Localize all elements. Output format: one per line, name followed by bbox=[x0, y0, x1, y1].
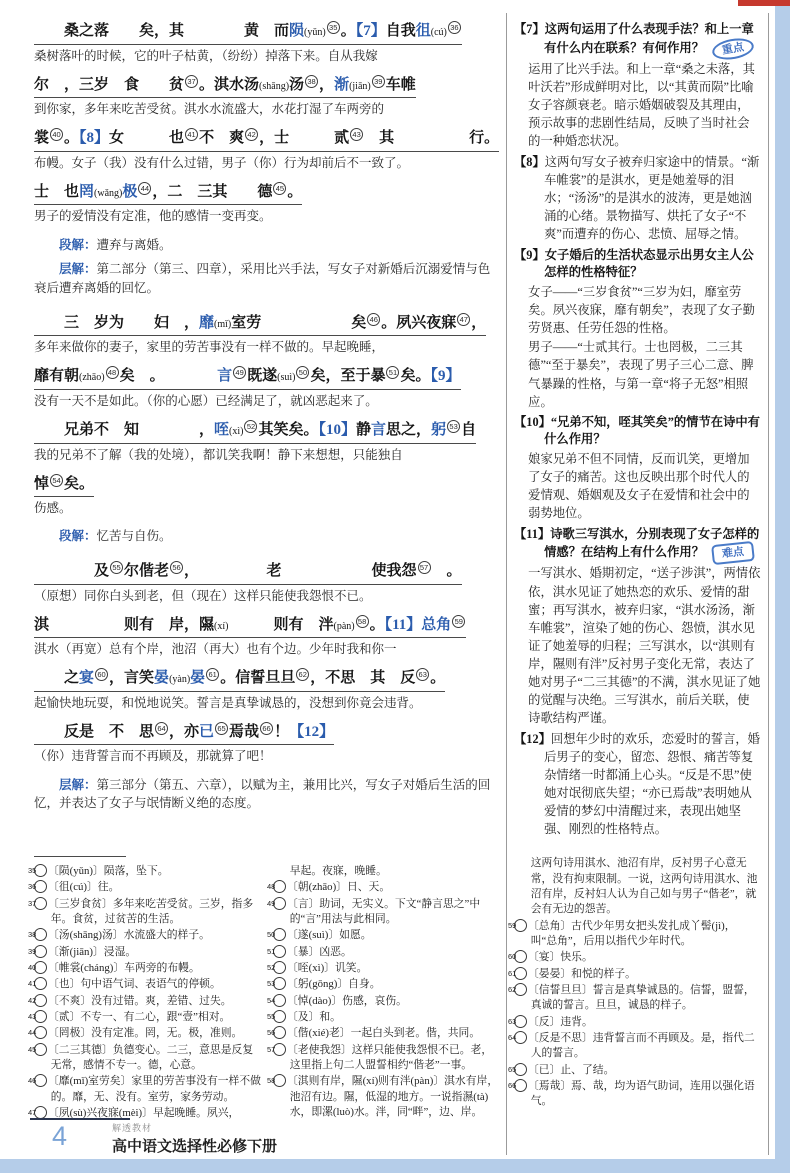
footnote-item: 63〔反〕违背。 bbox=[514, 1015, 761, 1030]
question-number: 【10】 bbox=[514, 415, 551, 429]
question-number: 【12】 bbox=[514, 732, 551, 746]
translation-line: 起愉快地玩耍，和悦地说笑。誓言是真挚诚恳的，没想到你竟会违背。 bbox=[34, 694, 500, 712]
answer-paragraph: 女子——“三岁食贫”“三岁为妇，靡室劳矣。夙兴夜寐，靡有朝矣”，表现了女子勤劳贤… bbox=[528, 283, 761, 337]
footnote-ref: 39 bbox=[372, 75, 385, 88]
footnote-ref: 63 bbox=[416, 668, 429, 681]
verse-text: 其笑矣。 bbox=[258, 422, 318, 438]
footnote-text: 〔咥(xì)〕讥笑。 bbox=[287, 962, 367, 974]
footnote-ref: 43 bbox=[350, 128, 363, 141]
verse-text: ， 老 使我怨 bbox=[184, 563, 417, 579]
footnote-text: 〔老使我怨〕这样只能使我怨恨不已。老，这里指上句二人盟誓相约“偕老”一事。 bbox=[287, 1044, 492, 1071]
annotated-word: 言 bbox=[217, 368, 232, 384]
sidebar-item: 【8】这两句写女子被弃归家途中的情景。“渐车帷裳”的是淇水，更是她羞辱的泪水；“… bbox=[514, 153, 761, 243]
footnote-text: 〔宴〕快乐。 bbox=[528, 951, 593, 963]
verse-text: 之 bbox=[34, 670, 79, 686]
footnote-ref: 48 bbox=[106, 366, 119, 379]
verse-text: 。 bbox=[432, 563, 462, 579]
footnote-ref: 44 bbox=[138, 182, 151, 195]
sidebar-answer: 女子——“三岁食贫”“三岁为妇，靡室劳矣。夙兴夜寐，靡有朝矣”，表现了女子勤劳贤… bbox=[514, 283, 761, 410]
footnote-ref: 45 bbox=[273, 182, 286, 195]
verse-line: 士 也罔(wǎng)极44，二 三其 德45。 bbox=[34, 181, 302, 206]
annotated-word: 渐 bbox=[334, 77, 349, 93]
verse-text: 室劳 矣 bbox=[231, 315, 366, 331]
verse-text: ，不思 其 反 bbox=[310, 670, 415, 686]
footnote-number: 47 bbox=[34, 1106, 47, 1119]
annotated-word: 陨 bbox=[289, 23, 304, 39]
verse-row: 裳40。【8】女 也41不 爽42，士 贰43 其 行。布幔。女子（我）没有什么… bbox=[34, 127, 500, 172]
section-note: 段解：忆苦与自伤。 bbox=[34, 527, 500, 546]
page-edge-right bbox=[775, 0, 790, 1173]
footnote-item: 41〔也〕句中语气词、表语气的停顿。 bbox=[34, 977, 261, 992]
question-ref: 【12】 bbox=[289, 724, 334, 740]
footnote-ref: 56 bbox=[170, 561, 183, 574]
annotated-word: 靡 bbox=[199, 315, 214, 331]
verse-text: ！ bbox=[274, 724, 289, 740]
translation-line: 到你家，多年来吃苦受贫。淇水水流盛大，水花打湿了车两旁的 bbox=[34, 100, 500, 118]
verse-text: 。 bbox=[370, 617, 385, 633]
footnote-number: 61 bbox=[514, 967, 527, 980]
pinyin: (xì) bbox=[229, 426, 243, 437]
verse-text: 车帷 bbox=[386, 77, 416, 93]
verse-text: 矣 。 bbox=[120, 368, 218, 384]
note-label: 段解： bbox=[59, 529, 97, 543]
footnote-item: 58〔淇则有岸，隰(xí)则有泮(pàn)〕淇水有岸，池沼有边。隰，低湿的地方。… bbox=[273, 1074, 500, 1120]
sidebar-question: 【10】“兄弟不知，咥其笑矣”的情节在诗中有什么作用？ bbox=[514, 414, 761, 450]
footnote-divider bbox=[34, 856, 126, 857]
verse-text: 自 bbox=[461, 422, 476, 438]
footnote-text: 〔三岁食贫〕多年来吃苦受贫。三岁，指多年。食贫，过贫苦的生活。 bbox=[48, 898, 253, 925]
note-body: 回想年少时的欢乐，恋爱时的誓言，婚后男子的变心，留恋、怨恨、痛苦等复杂情绪一时都… bbox=[544, 732, 760, 836]
verse-text: 三 岁为 妇 ， bbox=[34, 315, 199, 331]
footnote-number: 66 bbox=[514, 1079, 527, 1092]
verse-row: 桑之落 矣，其 黄 而陨(yǔn)35。【7】自我徂(cú)36桑树落叶的时候，… bbox=[34, 20, 500, 65]
pinyin: (mǐ) bbox=[214, 319, 231, 330]
verse-row: 及55尔偕老56， 老 使我怨57 。（原想）同你白头到老，但（现在）这样只能使… bbox=[34, 560, 500, 605]
footnote-number: 64 bbox=[514, 1031, 527, 1044]
annotated-word: 极 bbox=[122, 184, 137, 200]
footnote-item: 56〔偕(xié)老〕一起白头到老。偕，共同。 bbox=[273, 1026, 500, 1041]
translation-line: 没有一天不是如此。（你的心愿）已经满足了，就凶恶起来了。 bbox=[34, 392, 500, 410]
footnote-text: 〔悼(dào)〕伤感，哀伤。 bbox=[287, 995, 407, 1007]
verse-text: 裳 bbox=[34, 130, 49, 146]
translation-line: 男子的爱情没有定准，他的感情一变再变。 bbox=[34, 207, 500, 225]
verse-text: 静 bbox=[356, 422, 371, 438]
footnote-ref: 58 bbox=[356, 615, 369, 628]
verse-row: 悼54矣。伤感。 bbox=[34, 473, 500, 518]
section-note: 层解：第三部分（第五、六章），以赋为主，兼用比兴，写女子对婚后生活的回忆，并表达… bbox=[34, 776, 500, 814]
footnote-ref: 66 bbox=[260, 722, 273, 735]
footnote-number: 46 bbox=[34, 1074, 47, 1087]
footnote-item: 40〔帷裳(cháng)〕车两旁的布幔。 bbox=[34, 961, 261, 976]
verse-text: 尔 ，三岁 食 贫 bbox=[34, 77, 184, 93]
verse-text: 尔偕老 bbox=[124, 563, 169, 579]
footnote-ref: 49 bbox=[233, 366, 246, 379]
footnote-text: 〔躬(gōng)〕自身。 bbox=[287, 978, 381, 990]
verse-text: 既遂 bbox=[247, 368, 277, 384]
translation-line: （你）违背誓言而不再顾及，那就算了吧！ bbox=[34, 747, 500, 765]
verse-text: ，言笑 bbox=[109, 670, 154, 686]
verse-row: 之宴60，言笑晏(yàn)晏61。信誓旦旦62，不思 其 反63。起愉快地玩耍，… bbox=[34, 667, 500, 712]
footnote-ref: 50 bbox=[296, 366, 309, 379]
page-number: 4 bbox=[52, 1121, 67, 1152]
pinyin: (xí) bbox=[214, 621, 228, 632]
footnote-ref: 61 bbox=[206, 668, 219, 681]
verse-text: 。信誓旦旦 bbox=[220, 670, 295, 686]
verse-line: 尔 ，三岁 食 贫37。淇水汤(shāng)汤38，渐(jiān)39车帷 bbox=[34, 74, 416, 99]
footnote-text: 〔徂(cú)〕往。 bbox=[48, 881, 119, 893]
note-label: 层解： bbox=[59, 262, 97, 276]
footnote-item: 39〔渐(jiān)〕浸湿。 bbox=[34, 945, 261, 960]
verse-text: 。夙兴夜寐 bbox=[381, 315, 456, 331]
book-title: 高中语文选择性必修下册 bbox=[112, 1135, 277, 1156]
sidebar-item: 【9】女子婚后的生活状态显示出男女主人公怎样的性格特征？女子——“三岁食贫”“三… bbox=[514, 247, 761, 411]
footnote-text: 〔遂(suì)〕如愿。 bbox=[287, 929, 372, 941]
footnote-ref: 60 bbox=[95, 668, 108, 681]
translation-line: 桑树落叶的时候，它的叶子枯黄，（纷纷）掉落下来。自从我嫁 bbox=[34, 47, 500, 65]
verse-text: 及 bbox=[34, 563, 109, 579]
verse-text: 士 也 bbox=[34, 184, 79, 200]
footnote-number: 41 bbox=[34, 977, 47, 990]
footnote-item: 54〔悼(dào)〕伤感，哀伤。 bbox=[273, 994, 500, 1009]
footnote-number: 49 bbox=[273, 897, 286, 910]
pinyin: (zhāo) bbox=[79, 372, 105, 383]
verse-text: 。 bbox=[430, 670, 445, 686]
footnote-text: 〔靡(mǐ)室劳矣〕家里的劳苦事没有一样不做的。靡，无、没有。室劳，家务劳动。 bbox=[48, 1075, 261, 1102]
footnote-item: 51〔暴〕凶恶。 bbox=[273, 945, 500, 960]
verse-text: 不 爽 bbox=[199, 130, 244, 146]
verse-text: 矣，至于暴 bbox=[310, 368, 385, 384]
footnote-ref: 62 bbox=[296, 668, 309, 681]
verse-text: 淇 则有 岸，隰 bbox=[34, 617, 214, 633]
footnote-item: 62〔信誓旦旦〕誓言是真挚诚恳的。信誓，盟誓，真诚的誓言。旦旦，诚恳的样子。 bbox=[514, 983, 761, 1014]
footnote-item: 57〔老使我怨〕这样只能使我怨恨不已。老，这里指上句二人盟誓相约“偕老”一事。 bbox=[273, 1043, 500, 1074]
verse-text: 靡有朝 bbox=[34, 368, 79, 384]
footnote-text: 〔不爽〕没有过错。爽，差错、过失。 bbox=[48, 995, 232, 1007]
verse-text: 。 bbox=[341, 23, 356, 39]
note-label: 层解： bbox=[59, 778, 97, 792]
footnote-number: 50 bbox=[273, 928, 286, 941]
verse-text: 女 也 bbox=[109, 130, 184, 146]
sidebar-answer: 运用了比兴手法。和上一章“桑之未落，其叶沃若”形成鲜明对比，以“其黄而陨”比喻女… bbox=[514, 60, 761, 150]
verse-text: ， bbox=[319, 77, 334, 93]
verse-line: 悼54矣。 bbox=[34, 473, 94, 498]
answer-paragraph: 男子——“士贰其行。士也罔极，二三其德”“至于暴矣”，表现了男子三心二意、脾气暴… bbox=[528, 338, 761, 410]
footnote-number: 37 bbox=[34, 897, 47, 910]
sidebar-question: 【11】诗歌三写淇水，分别表现了女子怎样的情感？在结构上有什么作用？难点 bbox=[514, 526, 761, 564]
footnote-text: 〔已〕止、了结。 bbox=[528, 1064, 614, 1076]
annotated-word: 徂 bbox=[416, 23, 431, 39]
footnote-text: 〔反是不思〕违背誓言而不再顾及。是，指代二人的誓言。 bbox=[528, 1032, 755, 1059]
footnote-ref: 40 bbox=[50, 128, 63, 141]
footnote-number: 57 bbox=[273, 1043, 286, 1056]
verse-stanza: 三 岁为 妇 ，靡(mǐ)室劳 矣46。夙兴夜寐47，多年来做你的妻子，家里的劳… bbox=[34, 312, 500, 518]
footnote-number: 48 bbox=[273, 880, 286, 893]
verse-line: 三 岁为 妇 ，靡(mǐ)室劳 矣46。夙兴夜寐47， bbox=[34, 312, 486, 337]
footnote-number: 40 bbox=[34, 961, 47, 974]
verse-line: 及55尔偕老56， 老 使我怨57 。 bbox=[34, 560, 462, 585]
footnote-text: 早起。夜寐，晚睡。 bbox=[290, 865, 387, 877]
annotated-word: 总角 bbox=[421, 617, 451, 633]
footnote-ref: 36 bbox=[448, 21, 461, 34]
footnote-ref: 57 bbox=[418, 561, 431, 574]
series-title: 解透教材 bbox=[112, 1121, 277, 1134]
footnote-number: 39 bbox=[34, 945, 47, 958]
question-number: 【7】 bbox=[514, 22, 545, 36]
verse-text: 其 行。 bbox=[364, 130, 499, 146]
poem-annotation-column: 桑之落 矣，其 黄 而陨(yǔn)35。【7】自我徂(cú)36桑树落叶的时候，… bbox=[34, 20, 500, 827]
footnote-item: 49〔言〕助词，无实义。下文“静言思之”中的“言”用法与此相同。 bbox=[273, 897, 500, 928]
footnote-item: 35〔陨(yǔn)〕陨落，坠下。 bbox=[34, 864, 261, 879]
sidebar-question: 【9】女子婚后的生活状态显示出男女主人公怎样的性格特征？ bbox=[514, 247, 761, 283]
footnote-text: 〔朝(zhāo)〕日、天。 bbox=[287, 881, 390, 893]
footnote-item: 44〔罔极〕没有定准。罔，无。极，准则。 bbox=[34, 1026, 261, 1041]
verse-text: 反是 不 思 bbox=[34, 724, 154, 740]
footnote-text: 〔罔极〕没有定准。罔，无。极，准则。 bbox=[48, 1027, 242, 1039]
question-ref: 【11】 bbox=[385, 617, 422, 633]
pinyin: (suì) bbox=[277, 372, 295, 383]
pinyin: (shāng) bbox=[259, 81, 289, 92]
verse-line: 淇 则有 岸，隰(xí) 则有 泮(pàn)58。【11】总角59 bbox=[34, 614, 466, 639]
annotated-word: 晏 bbox=[154, 670, 169, 686]
footnote-text: 〔淇则有岸，隰(xí)则有泮(pàn)〕淇水有岸，池沼有边。隰，低湿的地方。一说… bbox=[287, 1075, 498, 1118]
sidebar-item: 【12】回想年少时的欢乐，恋爱时的誓言，婚后男子的变心，留恋、怨恨、痛苦等复杂情… bbox=[514, 730, 761, 838]
annotated-word: 晏 bbox=[190, 670, 205, 686]
footnote-number: 55 bbox=[273, 1010, 286, 1023]
footnote-text: 〔偕(xié)老〕一起白头到老。偕，共同。 bbox=[287, 1027, 480, 1039]
footnote-ref: 59 bbox=[452, 615, 465, 628]
verse-row: 三 岁为 妇 ，靡(mǐ)室劳 矣46。夙兴夜寐47，多年来做你的妻子，家里的劳… bbox=[34, 312, 500, 357]
sidebar-answer: 一写淇水、婚期初定，“送子涉淇”，两情依依，淇水见证了她热恋的欢乐、爱情的甜蜜；… bbox=[514, 564, 761, 727]
verse-line: 桑之落 矣，其 黄 而陨(yǔn)35。【7】自我徂(cú)36 bbox=[34, 20, 462, 45]
verse-text: 自我 bbox=[386, 23, 416, 39]
footnote-ref: 64 bbox=[155, 722, 168, 735]
verse-line: 反是 不 思64，亦已65焉哉66！【12】 bbox=[34, 721, 334, 746]
section-notes: 层解：第三部分（第五、六章），以赋为主，兼用比兴，写女子对婚后生活的回忆，并表达… bbox=[34, 776, 500, 814]
annotated-word: 躬 bbox=[431, 422, 446, 438]
footnote-text: 〔反〕违背。 bbox=[528, 1016, 593, 1028]
footnote-ref: 52 bbox=[244, 420, 257, 433]
footnote-text: 〔暴〕凶恶。 bbox=[287, 946, 352, 958]
section-notes: 段解：忆苦与自伤。 bbox=[34, 527, 500, 546]
footnote-text: 〔总角〕古代少年男女把头发扎成丫髻(jì)，叫“总角”，后用以指代少年时代。 bbox=[528, 920, 736, 947]
footnote-ref: 38 bbox=[305, 75, 318, 88]
note-text: 第三部分（第五、六章），以赋为主，兼用比兴，写女子对婚后生活的回忆，并表达了女子… bbox=[34, 778, 490, 811]
footnote-text: 这两句诗用淇水、池沼有岸，反衬男子心意无常，没有拘束限制。一说，这两句诗用淇水、… bbox=[531, 857, 758, 915]
answer-paragraph: 运用了比兴手法。和上一章“桑之未落，其叶沃若”形成鲜明对比，以“其黄而陨”比喻女… bbox=[528, 60, 761, 150]
verse-text: ，二 三其 德 bbox=[152, 184, 272, 200]
difficult-point-badge: 难点 bbox=[711, 541, 755, 565]
footnote-item: 61〔晏晏〕和悦的样子。 bbox=[514, 967, 761, 982]
footnote-item: 64〔反是不思〕违背誓言而不再顾及。是，指代二人的誓言。 bbox=[514, 1031, 761, 1062]
footnote-item: 53〔躬(gōng)〕自身。 bbox=[273, 977, 500, 992]
footnote-text: 〔二三其德〕负德变心。二三，意思是反复无常，感情不专一。德，心意。 bbox=[48, 1044, 253, 1071]
verse-text: 思之， bbox=[386, 422, 431, 438]
footnote-number: 56 bbox=[273, 1026, 286, 1039]
footnote-number: 35 bbox=[34, 864, 47, 877]
footnote-number: 45 bbox=[34, 1043, 47, 1056]
footnote-number: 62 bbox=[514, 983, 527, 996]
footnote-text: 〔信誓旦旦〕誓言是真挚诚恳的。信誓，盟誓，真诚的誓言。旦旦，诚恳的样子。 bbox=[528, 984, 755, 1011]
verse-text: ，士 贰 bbox=[259, 130, 349, 146]
footnote-number: 44 bbox=[34, 1026, 47, 1039]
question-sidebar: 【7】这两句运用了什么表现手法？和上一章有什么内在联系？有何作用？重点运用了比兴… bbox=[506, 13, 769, 1155]
footnote-item: 早起。夜寐，晚睡。 bbox=[273, 864, 500, 879]
question-ref: 【9】 bbox=[430, 368, 460, 384]
annotated-word: 宴 bbox=[79, 670, 94, 686]
footnote-text: 〔言〕助词，无实义。下文“静言思之”中的“言”用法与此相同。 bbox=[287, 898, 480, 925]
verse-line: 裳40。【8】女 也41不 爽42，士 贰43 其 行。 bbox=[34, 127, 499, 152]
footnote-item: 42〔不爽〕没有过错。爽，差错、过失。 bbox=[34, 994, 261, 1009]
verse-text: 汤 bbox=[289, 77, 304, 93]
answer-paragraph: 娘家兄弟不但不同情，反而讥笑，更增加了女子的痛苦。这也反映出那个时代人的爱情观、… bbox=[528, 450, 761, 522]
footnote-item: 59〔总角〕古代少年男女把头发扎成丫髻(jì)，叫“总角”，后用以指代少年时代。 bbox=[514, 919, 761, 950]
footnote-ref: 37 bbox=[185, 75, 198, 88]
footnote-item: 46〔靡(mǐ)室劳矣〕家里的劳苦事没有一样不做的。靡，无、没有。室劳，家务劳动… bbox=[34, 1074, 261, 1105]
annotated-word: 罔 bbox=[79, 184, 94, 200]
pinyin: (jiān) bbox=[349, 81, 371, 92]
verse-line: 之宴60，言笑晏(yàn)晏61。信誓旦旦62，不思 其 反63。 bbox=[34, 667, 445, 692]
footnote-number: 59 bbox=[514, 919, 527, 932]
verse-text: 则有 泮 bbox=[228, 617, 333, 633]
question-ref: 【10】 bbox=[319, 422, 357, 438]
footnotes-column-2: 早起。夜寐，晚睡。48〔朝(zhāo)〕日、天。49〔言〕助词，无实义。下文“静… bbox=[273, 864, 500, 1122]
footnote-number: 38 bbox=[34, 928, 47, 941]
verse-text: 矣。 bbox=[64, 476, 94, 492]
sidebar-question-list: 【7】这两句运用了什么表现手法？和上一章有什么内在联系？有何作用？重点运用了比兴… bbox=[514, 21, 761, 838]
verse-row: 反是 不 思64，亦已65焉哉66！【12】（你）违背誓言而不再顾及，那就算了吧… bbox=[34, 721, 500, 766]
sidebar-inline-note: 【8】这两句写女子被弃归家途中的情景。“渐车帷裳”的是淇水，更是她羞辱的泪水；“… bbox=[514, 153, 761, 243]
verse-line: 靡有朝(zhāo)48矣 。 言49既遂(suì)50矣，至于暴51矣。【9】 bbox=[34, 365, 461, 390]
question-ref: 【7】 bbox=[356, 23, 386, 39]
textbook-page: { "accent": {"blue": "#2b5cad", "page_ed… bbox=[0, 0, 790, 1173]
sidebar-item: 【7】这两句运用了什么表现手法？和上一章有什么内在联系？有何作用？重点运用了比兴… bbox=[514, 21, 761, 150]
translation-line: 多年来做你的妻子，家里的劳苦事没有一样不做的。早起晚睡， bbox=[34, 338, 500, 356]
footnote-ref: 65 bbox=[215, 722, 228, 735]
footnote-ref: 54 bbox=[50, 474, 63, 487]
footnote-number: 60 bbox=[514, 950, 527, 963]
footnote-item: 38〔汤(shāng)汤〕水流盛大的样子。 bbox=[34, 928, 261, 943]
footnote-item: 52〔咥(xì)〕讥笑。 bbox=[273, 961, 500, 976]
annotated-word: 言 bbox=[371, 422, 386, 438]
verse-stanza: 及55尔偕老56， 老 使我怨57 。（原想）同你白头到老，但（现在）这样只能使… bbox=[34, 560, 500, 766]
footnote-ref: 46 bbox=[367, 313, 380, 326]
footnote-text: 〔陨(yǔn)〕陨落，坠下。 bbox=[48, 865, 169, 877]
sidebar-item: 【11】诗歌三写淇水，分别表现了女子怎样的情感？在结构上有什么作用？难点一写淇水… bbox=[514, 526, 761, 727]
footnote-item: 43〔贰〕不专一、有二心，跟“壹”相对。 bbox=[34, 1010, 261, 1025]
question-text: 女子婚后的生活状态显示出男女主人公怎样的性格特征？ bbox=[544, 248, 754, 280]
footnote-item: 48〔朝(zhāo)〕日、天。 bbox=[273, 880, 500, 895]
footnotes-column-1: 35〔陨(yǔn)〕陨落，坠下。36〔徂(cú)〕往。37〔三岁食贫〕多年来吃苦… bbox=[34, 864, 261, 1122]
footnotes-area: 35〔陨(yǔn)〕陨落，坠下。36〔徂(cú)〕往。37〔三岁食贫〕多年来吃苦… bbox=[34, 864, 500, 1122]
sidebar-inline-note: 【12】回想年少时的欢乐，恋爱时的誓言，婚后男子的变心，留恋、怨恨、痛苦等复杂情… bbox=[514, 730, 761, 838]
footnote-number: 58 bbox=[273, 1074, 286, 1087]
footnote-ref: 47 bbox=[457, 313, 470, 326]
footnote-text: 〔焉哉〕焉、哉，均为语气助词，连用以强化语气。 bbox=[528, 1080, 755, 1107]
note-label: 段解： bbox=[59, 238, 97, 252]
corner-tab bbox=[738, 0, 790, 6]
footnote-number: 43 bbox=[34, 1010, 47, 1023]
footnote-ref: 41 bbox=[185, 128, 198, 141]
note-text: 忆苦与自伤。 bbox=[97, 529, 172, 543]
footnote-ref: 55 bbox=[110, 561, 123, 574]
section-notes: 段解：遭弃与离婚。层解：第二部分（第三、四章），采用比兴手法，写女子对新婚后沉溺… bbox=[34, 236, 500, 298]
verse-row: 兄弟不 知 ，咥(xì)52其笑矣。【10】静言思之，躬53自我的兄弟不了解（我… bbox=[34, 419, 500, 464]
note-text: 遭弃与离婚。 bbox=[97, 238, 172, 252]
verse-text: 桑之落 矣，其 黄 而 bbox=[34, 23, 289, 39]
verse-text: 。 bbox=[64, 130, 79, 146]
answer-paragraph: 一写淇水、婚期初定，“送子涉淇”，两情依依，淇水见证了她热恋的欢乐、爱情的甜蜜；… bbox=[528, 564, 761, 727]
key-point-badge: 重点 bbox=[711, 35, 756, 62]
footnote-ref: 51 bbox=[386, 366, 399, 379]
footnote-item: 36〔徂(cú)〕往。 bbox=[34, 880, 261, 895]
annotated-word: 已 bbox=[199, 724, 214, 740]
footnote-item: 66〔焉哉〕焉、哉，均为语气助词，连用以强化语气。 bbox=[514, 1079, 761, 1110]
footnote-item: 37〔三岁食贫〕多年来吃苦受贫。三岁，指多年。食贫，过贫苦的生活。 bbox=[34, 897, 261, 928]
page-edge-bottom bbox=[0, 1159, 790, 1173]
question-ref: 【8】 bbox=[79, 130, 109, 146]
footnotes-column-3: 这两句诗用淇水、池沼有岸，反衬男子心意无常，没有拘束限制。一说，这两句诗用淇水、… bbox=[514, 856, 761, 1109]
translation-line: 布幔。女子（我）没有什么过错，男子（你）行为却前后不一致了。 bbox=[34, 154, 500, 172]
footnote-number: 51 bbox=[273, 945, 286, 958]
footer-rule bbox=[30, 1118, 130, 1120]
translation-line: 伤感。 bbox=[34, 499, 500, 517]
footnote-item: 60〔宴〕快乐。 bbox=[514, 950, 761, 965]
verse-row: 士 也罔(wǎng)极44，二 三其 德45。男子的爱情没有定准，他的感情一变再… bbox=[34, 181, 500, 226]
footnote-text: 〔贰〕不专一、有二心，跟“壹”相对。 bbox=[48, 1011, 230, 1023]
verse-text: 。淇水汤 bbox=[199, 77, 259, 93]
footnote-text: 〔渐(jiān)〕浸湿。 bbox=[48, 946, 136, 958]
verse-stanza: 桑之落 矣，其 黄 而陨(yǔn)35。【7】自我徂(cú)36桑树落叶的时候，… bbox=[34, 20, 500, 226]
footnote-ref: 53 bbox=[447, 420, 460, 433]
verse-row: 淇 则有 岸，隰(xí) 则有 泮(pàn)58。【11】总角59淇水（再宽）总… bbox=[34, 614, 500, 659]
translation-line: 淇水（再宽）总有个岸，池沼（再大）也有个边。少年时我和你一 bbox=[34, 640, 500, 658]
note-body: 这两句写女子被弃归家途中的情景。“渐车帷裳”的是淇水，更是她羞辱的泪水；“汤汤”… bbox=[544, 155, 759, 241]
footnote-number: 52 bbox=[273, 961, 286, 974]
sidebar-item: 【10】“兄弟不知，咥其笑矣”的情节在诗中有什么作用？娘家兄弟不但不同情，反而讥… bbox=[514, 414, 761, 523]
sidebar-answer: 娘家兄弟不但不同情，反而讥笑，更增加了女子的痛苦。这也反映出那个时代人的爱情观、… bbox=[514, 450, 761, 522]
verse-row: 尔 ，三岁 食 贫37。淇水汤(shāng)汤38，渐(jiān)39车帷到你家… bbox=[34, 74, 500, 119]
verse-text: 兄弟不 知 ， bbox=[34, 422, 214, 438]
footnote-number: 54 bbox=[273, 994, 286, 1007]
question-text: “兄弟不知，咥其笑矣”的情节在诗中有什么作用？ bbox=[544, 415, 760, 447]
footnote-text: 〔及〕和。 bbox=[287, 1011, 341, 1023]
footer-text: 解透教材 高中语文选择性必修下册 bbox=[112, 1121, 277, 1156]
verse-text: 焉哉 bbox=[229, 724, 259, 740]
verse-text: 。 bbox=[287, 184, 302, 200]
verse-row: 靡有朝(zhāo)48矣 。 言49既遂(suì)50矣，至于暴51矣。【9】没… bbox=[34, 365, 500, 410]
pinyin: (yǔn) bbox=[304, 27, 326, 38]
footnote-number: 36 bbox=[34, 880, 47, 893]
footnote-text: 〔晏晏〕和悦的样子。 bbox=[528, 968, 636, 980]
footnote-item: 65〔已〕止、了结。 bbox=[514, 1063, 761, 1078]
sidebar-question: 【7】这两句运用了什么表现手法？和上一章有什么内在联系？有何作用？重点 bbox=[514, 21, 761, 59]
section-note: 段解：遭弃与离婚。 bbox=[34, 236, 500, 255]
footnote-item: 45〔二三其德〕负德变心。二三，意思是反复无常，感情不专一。德，心意。 bbox=[34, 1043, 261, 1074]
verse-text: ，亦 bbox=[169, 724, 199, 740]
translation-line: （原想）同你白头到老，但（现在）这样只能使我怨恨不已。 bbox=[34, 587, 500, 605]
footnote-number: 53 bbox=[273, 977, 286, 990]
verse-line: 兄弟不 知 ，咥(xì)52其笑矣。【10】静言思之，躬53自 bbox=[34, 419, 476, 444]
question-number: 【9】 bbox=[514, 248, 545, 262]
section-note: 层解：第二部分（第三、四章），采用比兴手法，写女子对新婚后沉溺爱情与色衰后遭弃离… bbox=[34, 260, 500, 298]
footnote-number: 42 bbox=[34, 994, 47, 1007]
footnote-item: 50〔遂(suì)〕如愿。 bbox=[273, 928, 500, 943]
note-text: 第二部分（第三、四章），采用比兴手法，写女子对新婚后沉溺爱情与色衰后遭弃离婚的回… bbox=[34, 262, 490, 295]
pinyin: (pàn) bbox=[333, 621, 354, 632]
footnote-item: 这两句诗用淇水、池沼有岸，反衬男子心意无常，没有拘束限制。一说，这两句诗用淇水、… bbox=[514, 856, 761, 917]
footnote-number: 65 bbox=[514, 1063, 527, 1076]
question-number: 【8】 bbox=[514, 155, 545, 169]
